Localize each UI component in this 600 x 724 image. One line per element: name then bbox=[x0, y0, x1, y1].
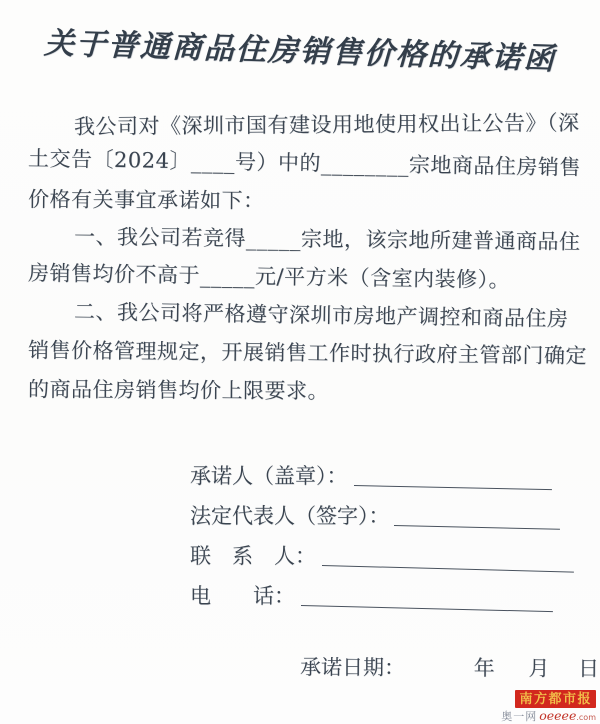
legal-representative-blank-line bbox=[393, 524, 559, 530]
commitment-date-row: 承诺日期： 年 月 日 bbox=[300, 651, 600, 683]
signature-block: 承诺人（盖章）： 法定代表人（签字）： 联 系 人： 电 话： bbox=[190, 456, 600, 616]
clause-one-paragraph: 一、我公司若竞得_____宗地，该宗地所建普通商品住 房销售均价不高于_____… bbox=[28, 220, 572, 296]
contact-person-label: 联 系 人： bbox=[190, 544, 316, 568]
date-year-label: 年 bbox=[474, 652, 495, 682]
commitment-date-label: 承诺日期： bbox=[300, 651, 405, 682]
legal-representative-row: 法定代表人（签字）： bbox=[190, 496, 600, 536]
clause-two-paragraph: 二、我公司将严格遵守深圳市房地产调控和商品住房 销售价格管理规定，开展销售工作时… bbox=[28, 296, 572, 410]
intro-paragraph: 我公司对《深圳市国有建设用地使用权出让公告》（深 土交告〔2024〕____号）… bbox=[28, 106, 572, 220]
paragraph-line: 的商品住房销售均价上限要求。 bbox=[28, 370, 572, 411]
phone-row: 电 话： bbox=[190, 576, 600, 616]
date-month-label: 月 bbox=[528, 652, 549, 682]
scanned-commitment-letter: 关于普通商品住房销售价格的承诺函 我公司对《深圳市国有建设用地使用权出让公告》（… bbox=[0, 0, 600, 724]
site-domain-text: oeeee bbox=[539, 708, 576, 723]
site-tld-text: .com bbox=[576, 713, 596, 722]
paragraph-line: 价格有关事宜承诺如下： bbox=[28, 180, 572, 221]
date-day-label: 日 bbox=[578, 653, 599, 683]
legal-representative-label: 法定代表人（签字）： bbox=[190, 504, 390, 528]
paragraph-line: 我公司对《深圳市国有建设用地使用权出让公告》（深 bbox=[28, 104, 572, 146]
contact-person-row: 联 系 人： bbox=[190, 536, 600, 576]
promisor-blank-line bbox=[353, 484, 551, 490]
paragraph-line-with-blanks: 土交告〔2024〕____号）中的________宗地商品住房销售 bbox=[28, 139, 573, 186]
southern-metropolis-daily-logo: 南方都市报 bbox=[515, 690, 596, 708]
document-body: 我公司对《深圳市国有建设用地使用权出让公告》（深 土交告〔2024〕____号）… bbox=[28, 106, 572, 410]
paragraph-line: 销售价格管理规定，开展销售工作时执行政府主管部门确定 bbox=[28, 331, 572, 375]
phone-blank-line bbox=[301, 604, 553, 612]
contact-person-blank-line bbox=[322, 564, 574, 573]
oeeee-site-credit: 奥一网oeeee.com bbox=[501, 710, 596, 723]
newspaper-watermark: 南方都市报 奥一网oeeee.com bbox=[501, 690, 596, 723]
document-title: 关于普通商品住房销售价格的承诺函 bbox=[29, 18, 570, 79]
site-name-text: 奥一网 bbox=[501, 710, 537, 723]
promisor-row: 承诺人（盖章）： bbox=[190, 456, 600, 496]
promisor-label: 承诺人（盖章）： bbox=[190, 464, 348, 488]
phone-label: 电 话： bbox=[190, 584, 295, 608]
